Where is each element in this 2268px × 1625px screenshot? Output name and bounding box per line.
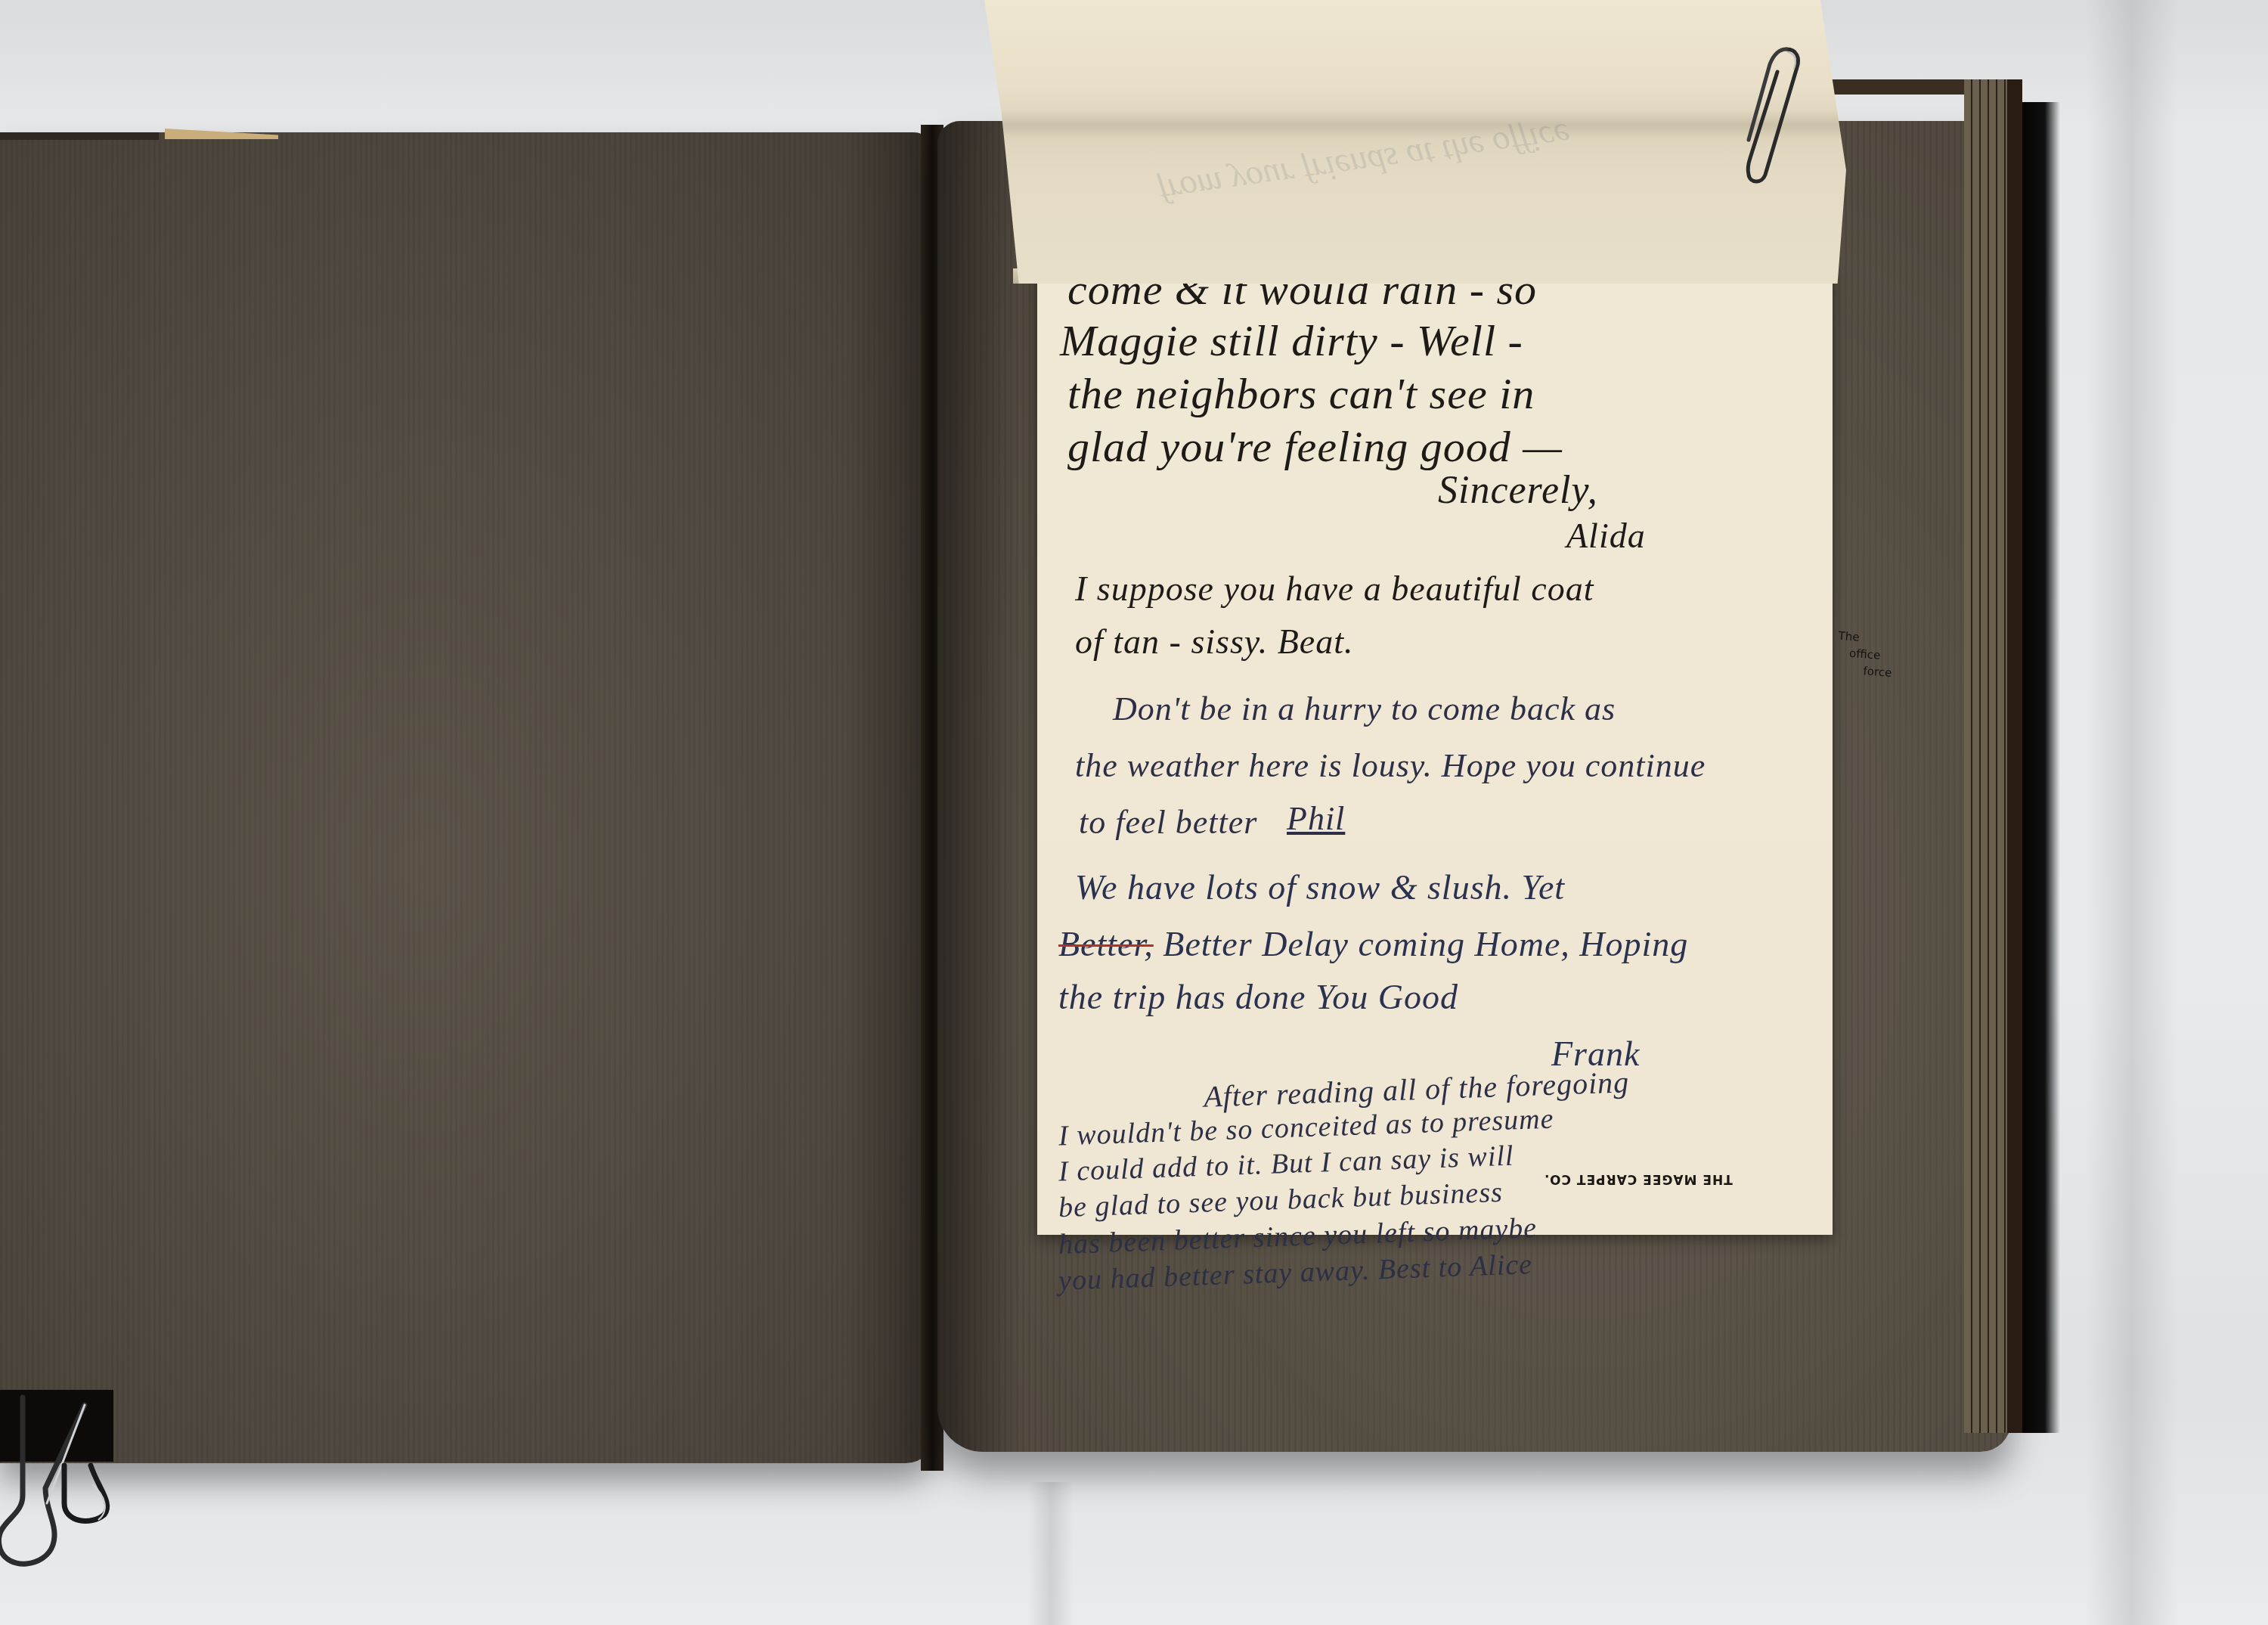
binder-clip-icon (0, 1390, 121, 1571)
album-left-page (0, 132, 936, 1463)
letter-line: Maggie still dirty - Well - (1060, 315, 1523, 366)
letter-line: Don't be in a hurry to come back as (1113, 690, 1616, 728)
letter-line: glad you're feeling good — (1067, 421, 1563, 472)
album-left-page-edge (0, 132, 159, 140)
letter-line: the weather here is lousy. Hope you cont… (1075, 746, 1706, 785)
handwritten-letter: come & it would rain - so Maggie still d… (1037, 270, 1833, 1235)
letter-line: Better, Better Delay coming Home, Hoping (1058, 924, 1688, 964)
letterhead-magee-carpet: THE MAGEE CARPET CO. (1544, 1171, 1733, 1186)
cloth-fold (2087, 0, 2177, 1625)
letter-line: the trip has done You Good (1058, 977, 1458, 1017)
album-cover-shadow (2022, 102, 2060, 1433)
letter-line: the neighbors can't see in (1067, 368, 1535, 419)
margin-note: The office force (1836, 628, 1952, 685)
cloth-fold (1028, 1482, 1074, 1625)
signature-alida: Alida (1566, 516, 1646, 556)
paper-clip-icon (1743, 42, 1803, 185)
struck-word: Better, (1058, 925, 1154, 963)
signature-closing: Sincerely, (1438, 468, 1598, 513)
letter-line: We have lots of snow & slush. Yet (1075, 867, 1565, 907)
letter-line: to feel better (1079, 803, 1257, 842)
album-cover-edge (2007, 79, 2022, 1433)
letter-line: I suppose you have a beautiful coat (1075, 569, 1594, 609)
signature-phil: Phil (1287, 799, 1345, 838)
album-page-stack (1964, 79, 2011, 1433)
letter-line: of tan - sissy. Beat. (1075, 622, 1354, 662)
letter-line-rest: Better Delay coming Home, Hoping (1163, 925, 1688, 963)
